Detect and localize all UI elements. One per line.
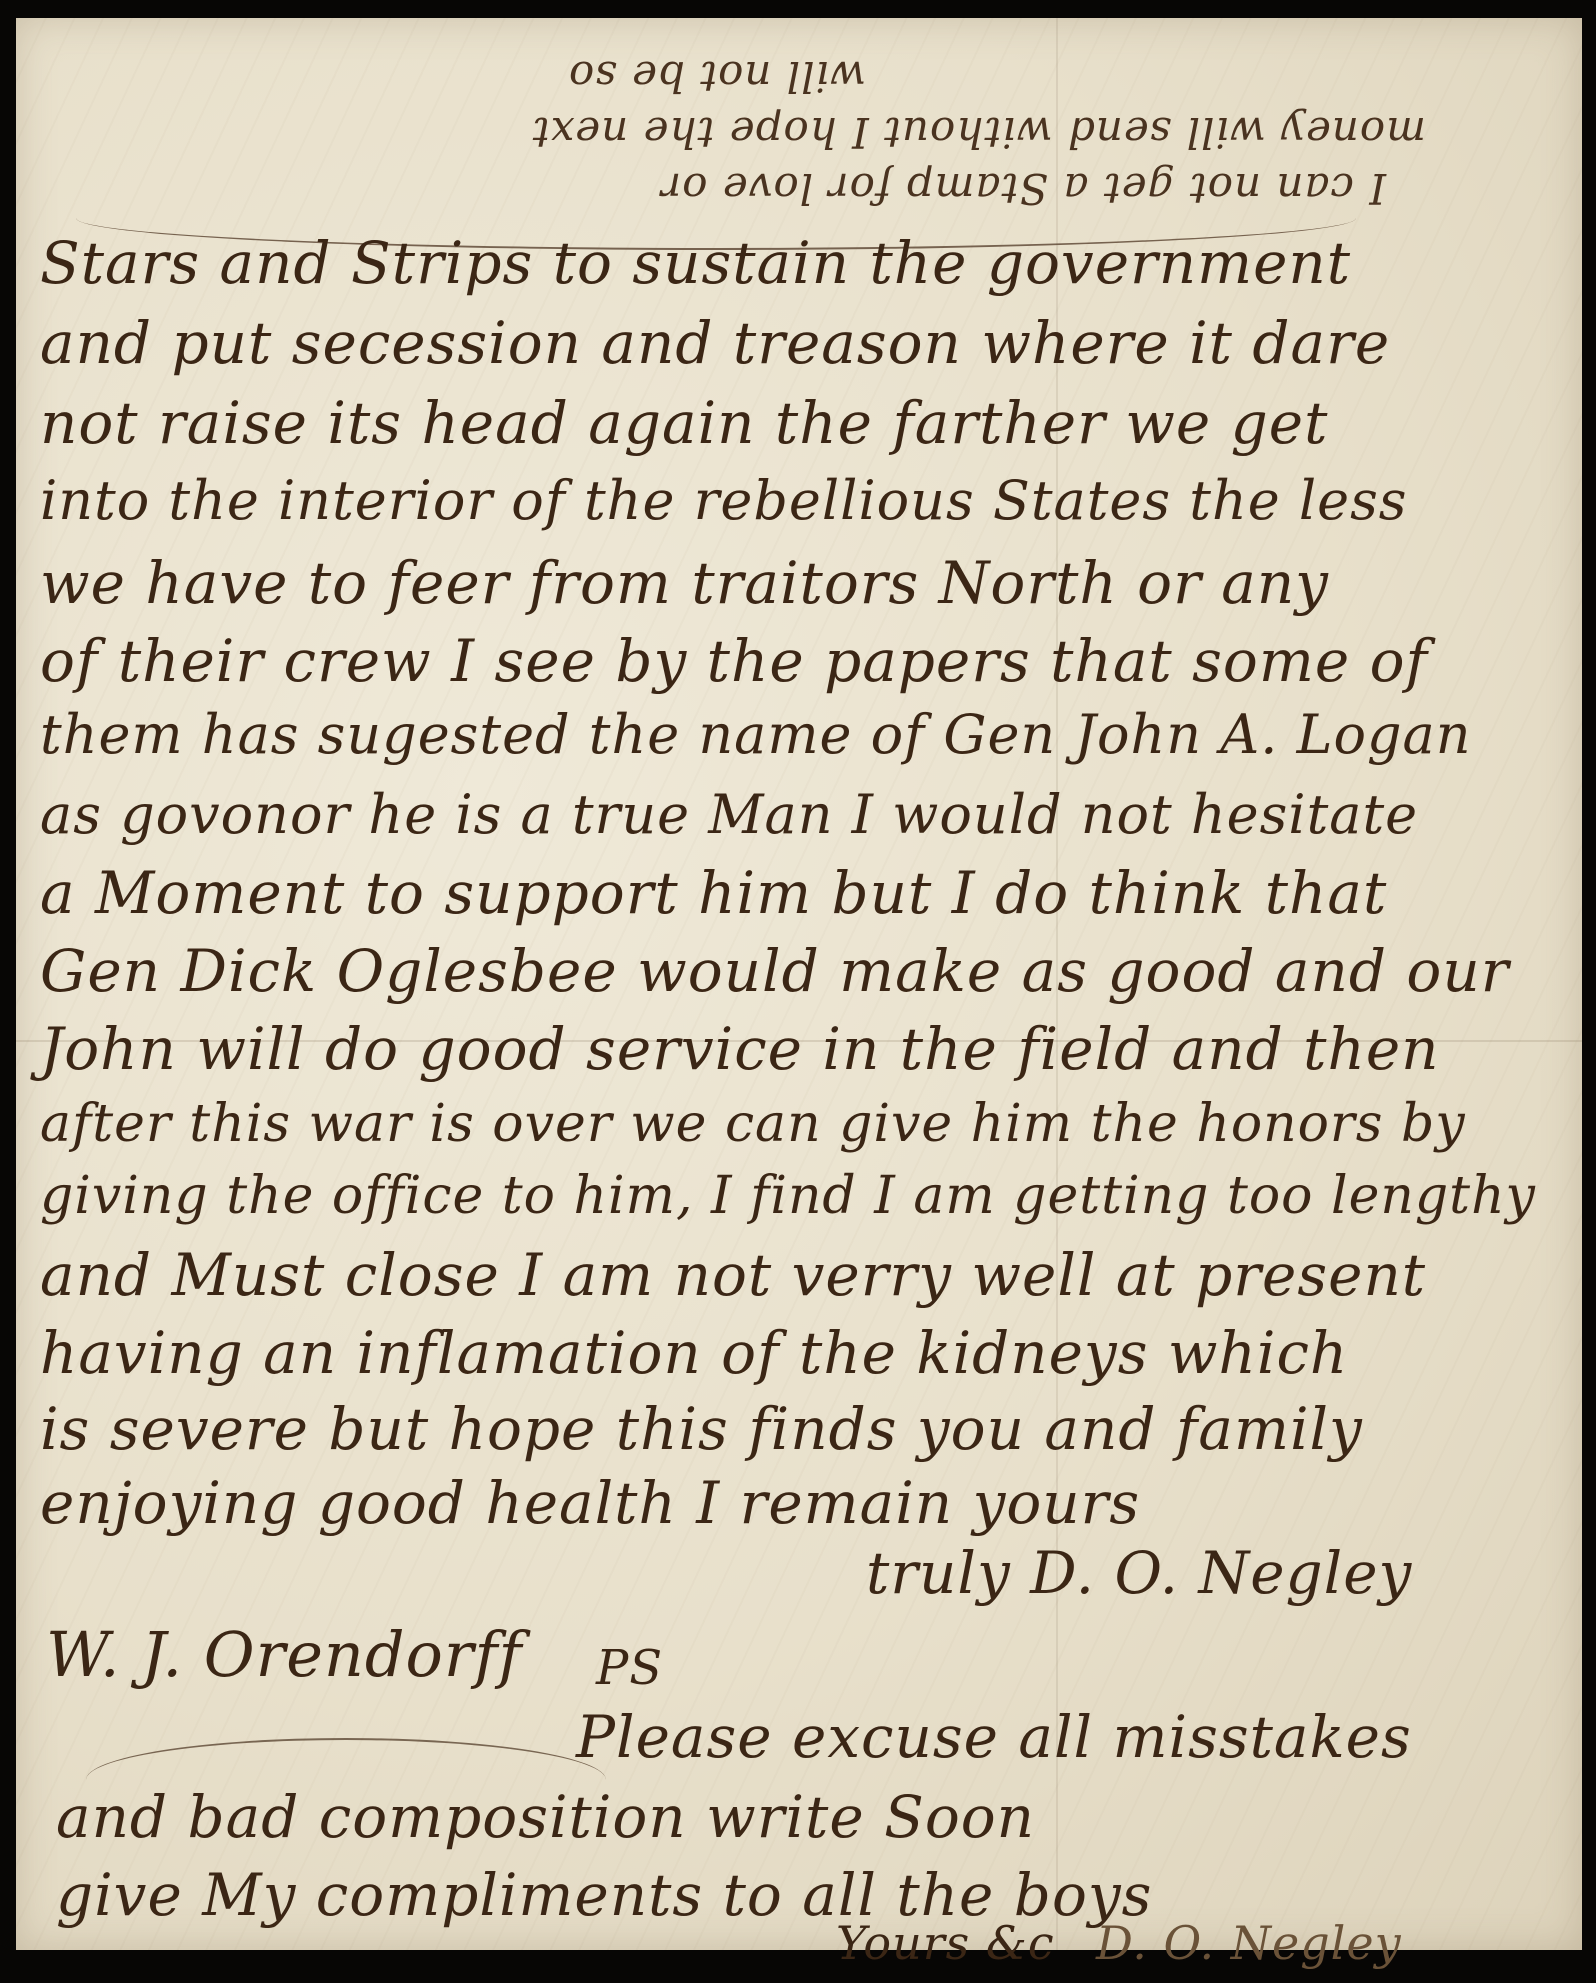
note-line: I can not get a Stamp for love or	[66, 160, 1426, 216]
ps-signoff: Yours &c	[836, 1916, 1055, 1970]
body-line: Stars and Strips to sustain the governme…	[40, 234, 1351, 292]
note-line: money will send without I hope the next	[66, 104, 1426, 160]
ps-signature: D. O. Negley	[1096, 1916, 1402, 1970]
body-line: John will do good service in the field a…	[40, 1020, 1440, 1078]
body-line: enjoying good health I remain yours	[40, 1474, 1140, 1532]
body-line: not raise its head again the farther we …	[40, 394, 1328, 452]
ps-mark: PS	[596, 1640, 663, 1696]
body-line: is severe but hope this finds you and fa…	[40, 1400, 1363, 1458]
addressee-name: W. J. Orendorff	[46, 1624, 522, 1686]
body-line: and put secession and treason where it d…	[40, 314, 1390, 372]
body-line: after this war is over we can give him t…	[40, 1098, 1466, 1150]
addressee-underline-flourish	[86, 1738, 606, 1780]
closing-signature: truly D. O. Negley	[866, 1544, 1412, 1602]
ps-line: Please excuse all misstakes	[576, 1708, 1412, 1766]
body-line: we have to feer from traitors North or a…	[40, 554, 1329, 612]
upside-down-note: I can not get a Stamp for love or money …	[66, 46, 1426, 216]
body-line: of their crew I see by the papers that s…	[40, 632, 1428, 690]
body-line: into the interior of the rebellious Stat…	[40, 474, 1408, 528]
body-line: giving the office to him, I find I am ge…	[40, 1170, 1536, 1222]
ps-line: and bad composition write Soon	[56, 1788, 1035, 1846]
body-line: having an inflamation of the kidneys whi…	[40, 1324, 1348, 1382]
note-line: will not be so	[66, 48, 1426, 104]
body-line: Gen Dick Oglesbee would make as good and…	[40, 942, 1509, 1000]
body-line: as govonor he is a true Man I would not …	[40, 788, 1418, 842]
letter-page: I can not get a Stamp for love or money …	[16, 18, 1582, 1950]
body-line: them has sugested the name of Gen John A…	[40, 708, 1472, 762]
body-line: a Moment to support him but I do think t…	[40, 864, 1387, 922]
body-line: and Must close I am not verry well at pr…	[40, 1246, 1426, 1304]
